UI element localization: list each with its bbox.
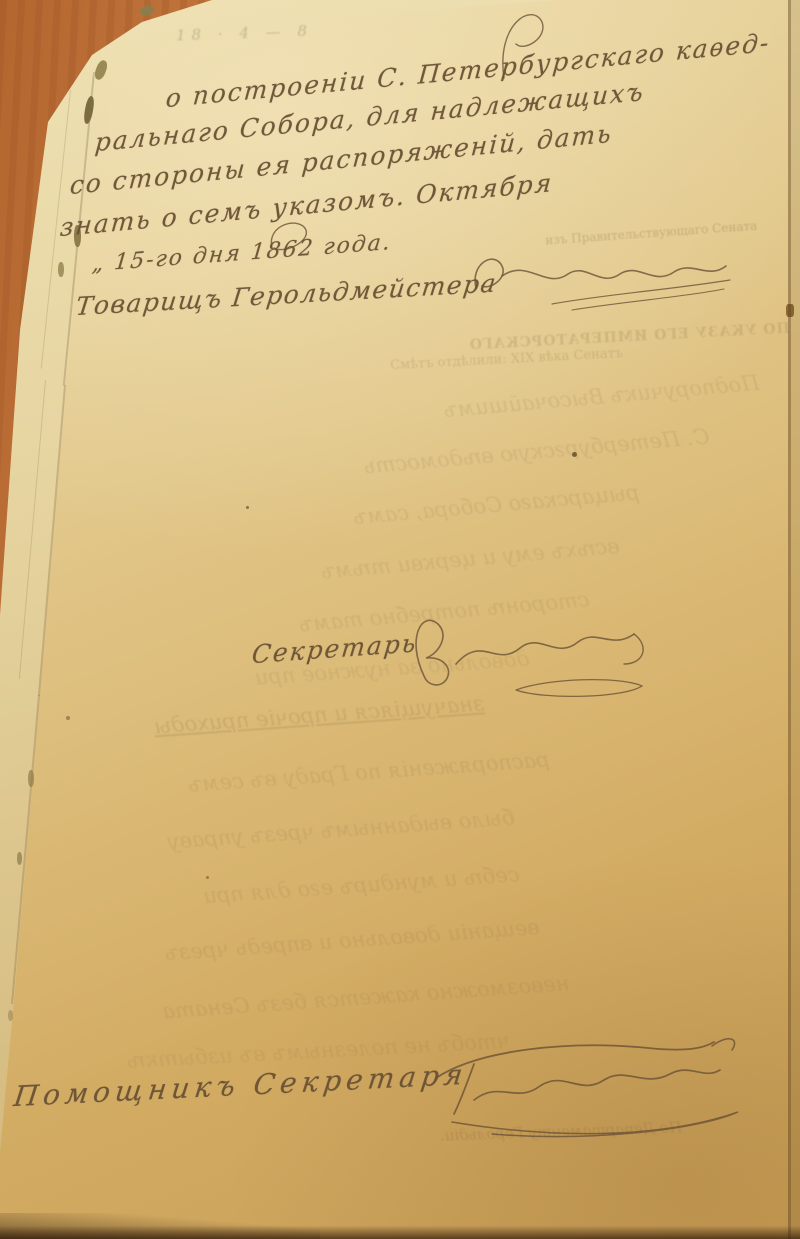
page-bottom-corner-shadow [0, 1213, 320, 1239]
torn-paper-chip [28, 770, 34, 787]
torn-paper-chip [8, 1010, 13, 1021]
foxing-speck [246, 506, 249, 509]
flourish-loop [492, 0, 552, 80]
torn-paper-chip [58, 262, 64, 277]
herald-deputy-signature [468, 246, 738, 318]
secretary-signature [398, 598, 658, 708]
torn-paper-chip [17, 852, 22, 865]
assistant-secretary-signature [408, 1030, 758, 1140]
foxing-speck [206, 876, 209, 879]
page-gutter-strip [791, 0, 800, 1239]
page-gutter-line [788, 0, 791, 1239]
photo-frame: 18 · 4 — 8 изъ Правительствующаго Сената… [0, 0, 800, 1239]
flourish-loop [264, 216, 312, 254]
